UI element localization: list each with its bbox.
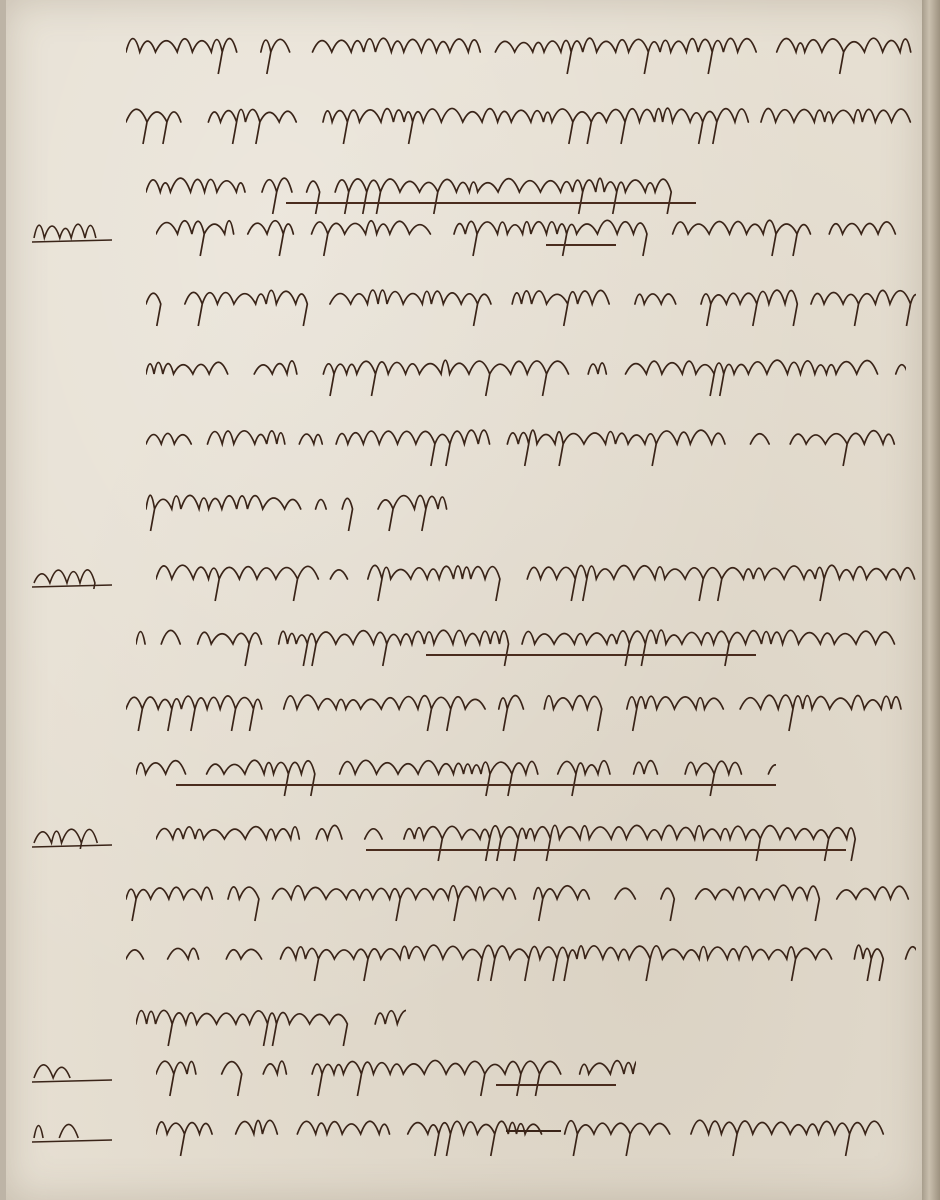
book-spine bbox=[922, 0, 940, 1200]
handwritten-text bbox=[136, 610, 906, 670]
handwritten-text bbox=[126, 925, 916, 985]
manuscript-line bbox=[6, 865, 922, 925]
speaker-label bbox=[24, 815, 114, 849]
handwritten-text bbox=[146, 475, 456, 535]
speaker-label bbox=[24, 210, 114, 244]
stage-direction-underline bbox=[546, 244, 616, 246]
manuscript-line bbox=[6, 18, 922, 78]
manuscript-line bbox=[6, 340, 922, 400]
handwritten-text bbox=[156, 1040, 636, 1100]
manuscript-line bbox=[6, 200, 922, 260]
handwritten-text bbox=[146, 270, 916, 330]
handwritten-text bbox=[156, 545, 916, 605]
stage-direction-underline bbox=[496, 1084, 616, 1086]
speaker-label bbox=[24, 1110, 114, 1144]
manuscript-line bbox=[6, 740, 922, 800]
manuscript-line bbox=[6, 410, 922, 470]
manuscript-line bbox=[6, 1040, 922, 1100]
manuscript-page bbox=[6, 0, 922, 1200]
manuscript-line bbox=[6, 270, 922, 330]
manuscript-line bbox=[6, 925, 922, 985]
speaker-label bbox=[24, 1050, 114, 1084]
struck-through-word bbox=[506, 1130, 561, 1132]
handwritten-text bbox=[136, 740, 776, 800]
handwritten-text bbox=[146, 340, 906, 400]
stage-direction-underline bbox=[366, 849, 846, 851]
handwritten-text bbox=[126, 18, 916, 78]
manuscript-line bbox=[6, 610, 922, 670]
handwritten-text bbox=[126, 675, 916, 735]
manuscript-line bbox=[6, 1100, 922, 1160]
handwritten-text bbox=[126, 88, 916, 148]
handwritten-text bbox=[146, 410, 916, 470]
speaker-label bbox=[24, 555, 114, 589]
manuscript-line bbox=[6, 675, 922, 735]
manuscript-line bbox=[6, 88, 922, 148]
handwritten-text bbox=[156, 200, 906, 260]
stage-direction-underline bbox=[176, 784, 776, 786]
handwritten-text bbox=[156, 805, 866, 865]
manuscript-line bbox=[6, 475, 922, 535]
manuscript-line bbox=[6, 805, 922, 865]
handwritten-text bbox=[126, 865, 916, 925]
stage-direction-underline bbox=[426, 654, 756, 656]
manuscript-line bbox=[6, 545, 922, 605]
